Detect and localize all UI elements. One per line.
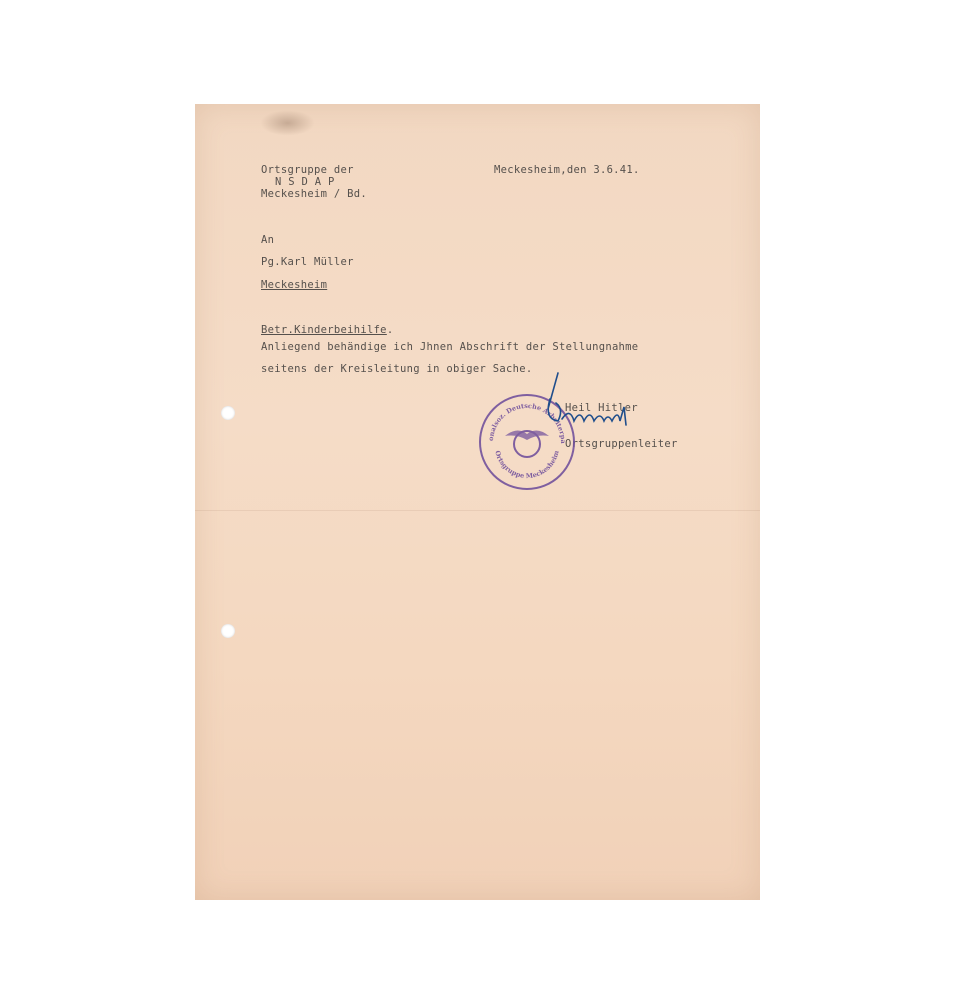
subject-text: Betr.Kinderbeihilfe bbox=[261, 324, 387, 336]
body-line-1: Anliegend behändige ich Jhnen Abschrift … bbox=[261, 341, 638, 353]
recipient-name: Pg.Karl Müller bbox=[261, 256, 354, 268]
document-page: Ortsgruppe der N S D A P Meckesheim / Bd… bbox=[195, 104, 760, 900]
stain bbox=[260, 110, 315, 136]
recipient-city: Meckesheim bbox=[261, 279, 327, 291]
punch-hole bbox=[221, 624, 235, 638]
punch-hole bbox=[221, 406, 235, 420]
body-line-2: seitens der Kreisleitung in obiger Sache… bbox=[261, 363, 532, 375]
recipient-salutation: An bbox=[261, 234, 274, 246]
subject-line: Betr.Kinderbeihilfe. bbox=[261, 324, 393, 336]
stamp-emblem bbox=[513, 430, 541, 458]
sender-line-1: Ortsgruppe der bbox=[261, 164, 354, 176]
fold-line bbox=[195, 510, 760, 511]
signature bbox=[540, 369, 650, 449]
subject-suffix: . bbox=[387, 324, 394, 336]
date-line: Meckesheim,den 3.6.41. bbox=[494, 164, 640, 176]
sender-line-2: N S D A P bbox=[275, 176, 335, 188]
sender-line-3: Meckesheim / Bd. bbox=[261, 188, 367, 200]
